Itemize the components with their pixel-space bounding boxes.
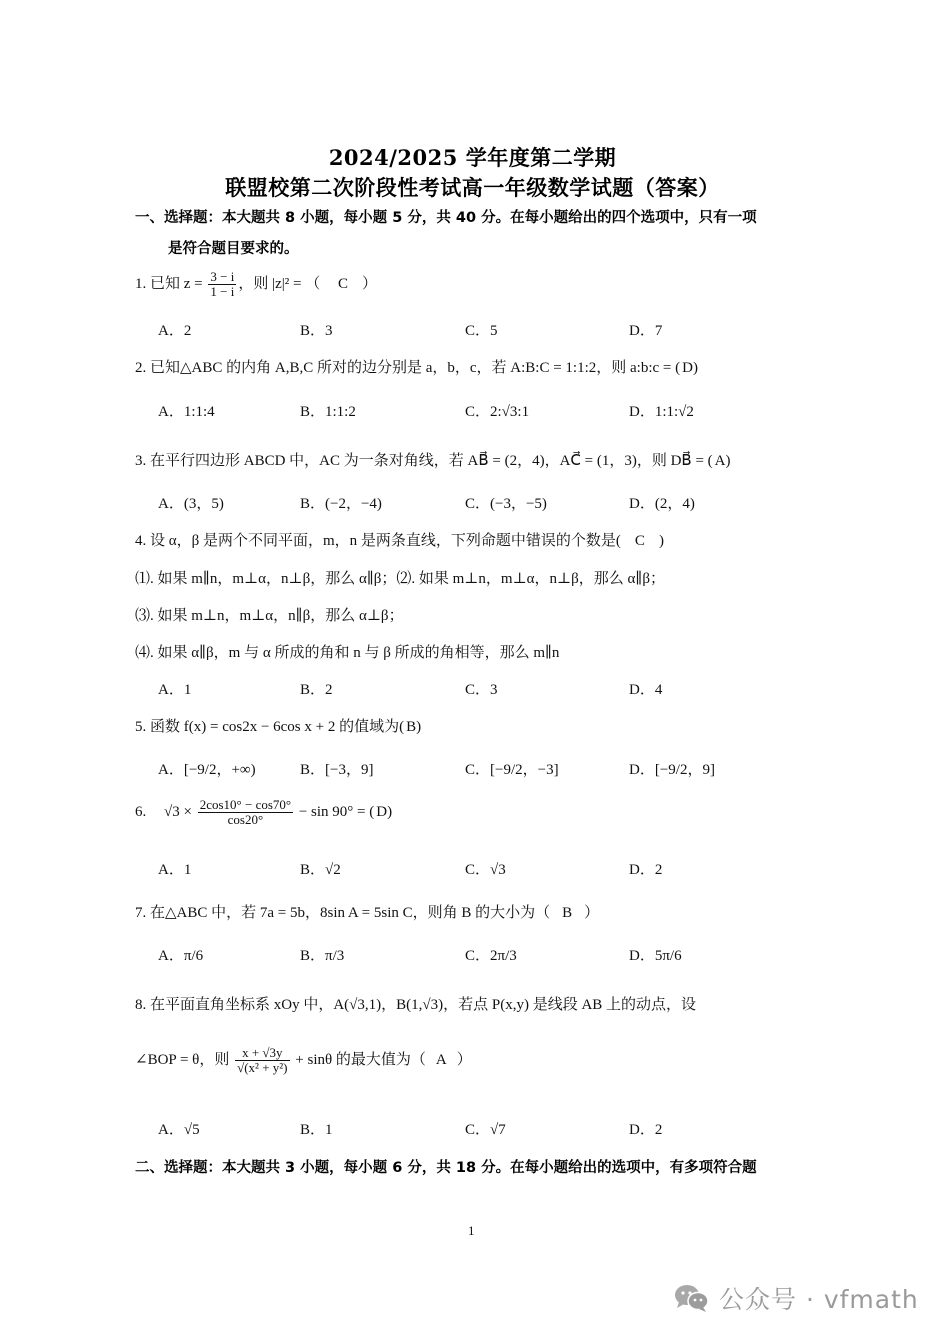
question-stem-suffix: − sin 90° = (: [295, 804, 374, 820]
page-number: 1: [468, 1223, 475, 1239]
option-d: D．5π/6: [629, 944, 682, 965]
question-stem: √3 ×: [164, 804, 196, 820]
option-a: A．1:1:4: [158, 400, 215, 421]
question-stem: 已知△ABC 的内角 A,B,C 所对的边分别是 a，b，c，若 A:B:C =…: [150, 360, 680, 376]
question-number: 1.: [135, 276, 146, 292]
close-paren: ): [416, 719, 421, 735]
close-paren: ): [387, 804, 392, 820]
fraction: 2cos10° − cos70°cos20°: [198, 798, 293, 827]
answer: C: [635, 533, 645, 549]
close-paren: ）: [584, 905, 599, 921]
title-line-2: 联盟校第二次阶段性考试高一年级数学试题（答案）: [0, 172, 945, 202]
question-number: 4.: [135, 533, 146, 549]
answer: D: [682, 360, 693, 376]
option-b: B．(−2，−4): [300, 492, 382, 513]
question-1: 1. 已知 z = 3 − i1 − i，则 |z|² = （ C）: [135, 270, 377, 299]
close-paren: ): [726, 453, 731, 469]
question-7: 7. 在△ABC 中，若 7a = 5b，8sin A = 5sin C，则角 …: [135, 901, 599, 922]
answer: B: [562, 905, 572, 921]
question-stem: 函数 f(x) = cos2x − 6cos x + 2 的值域为(: [150, 719, 404, 735]
watermark-text: 公众号 · vfmath: [719, 1280, 919, 1316]
fraction-numerator: 2cos10° − cos70°: [198, 798, 293, 813]
option-b: B．π/3: [300, 944, 344, 965]
option-c: C．(−3，−5): [465, 492, 547, 513]
option-c: C．√3: [465, 858, 506, 879]
answer: B: [406, 719, 416, 735]
wechat-icon: [673, 1283, 711, 1313]
question-number: 3.: [135, 453, 146, 469]
section-1-heading-line-1: 一、选择题：本大题共 8 小题，每小题 5 分，共 40 分。在每小题给出的四个…: [135, 203, 815, 234]
statement-3: ⑶. 如果 m⊥n，m⊥α，n∥β，那么 α⊥β；: [135, 604, 404, 625]
fraction-numerator: x + √3y: [235, 1046, 289, 1061]
question-6: 6. √3 × 2cos10° − cos70°cos20° − sin 90°…: [135, 798, 392, 827]
section-2-heading: 二、选择题：本大题共 3 小题，每小题 6 分，共 18 分。在每小题给出的选项…: [135, 1153, 815, 1184]
question-5: 5. 函数 f(x) = cos2x − 6cos x + 2 的值域为(B): [135, 715, 421, 736]
option-b: B．1: [300, 1118, 333, 1139]
option-c: C．2:√3:1: [465, 400, 529, 421]
option-d: D．2: [629, 1118, 662, 1139]
section-2-heading-line-1: 二、选择题：本大题共 3 小题，每小题 6 分，共 18 分。在每小题给出的选项…: [135, 1153, 815, 1184]
question-number: 7.: [135, 905, 146, 921]
option-a: A．1: [158, 678, 191, 699]
question-3: 3. 在平行四边形 ABCD 中，AC 为一条对角线，若 AB⃗ = (2，4)…: [135, 449, 731, 470]
question-8: 8. 在平面直角坐标系 xOy 中，A(√3,1)，B(1,√3)，若点 P(x…: [135, 993, 696, 1014]
option-a: A．2: [158, 319, 191, 340]
exam-page: 2024/2025 学年度第二学期 联盟校第二次阶段性考试高一年级数学试题（答案…: [0, 0, 945, 1336]
option-d: D．2: [629, 858, 662, 879]
answer: D: [376, 804, 387, 820]
option-c: C．3: [465, 678, 498, 699]
question-stem: ∠BOP = θ，则: [135, 1052, 233, 1068]
answer: A: [715, 453, 726, 469]
option-d: D．[−9/2，9]: [629, 758, 715, 779]
question-stem-suffix: ，则 |z|² = （: [238, 276, 320, 292]
question-2: 2. 已知△ABC 的内角 A,B,C 所对的边分别是 a，b，c，若 A:B:…: [135, 356, 698, 377]
option-a: A．[−9/2，+∞): [158, 758, 256, 779]
question-4: 4. 设 α，β 是两个不同平面，m，n 是两条直线，下列命题中错误的个数是(C…: [135, 529, 664, 550]
question-stem: 在平行四边形 ABCD 中，AC 为一条对角线，若 AB⃗ = (2，4)，AC…: [150, 453, 713, 469]
option-a: A．(3，5): [158, 492, 224, 513]
section-1-heading-line-2: 是符合题目要求的。: [135, 234, 815, 265]
answer: A: [436, 1052, 447, 1068]
close-paren: ）: [362, 276, 377, 292]
option-d: D．4: [629, 678, 662, 699]
watermark: 公众号 · vfmath: [673, 1280, 919, 1316]
question-number: 8.: [135, 997, 146, 1013]
title-line-1: 2024/2025 学年度第二学期: [0, 142, 945, 172]
option-b: B．[−3，9]: [300, 758, 373, 779]
fraction: 3 − i1 − i: [208, 270, 236, 299]
fraction-denominator: cos20°: [198, 813, 293, 827]
question-stem-suffix: + sinθ 的最大值为（: [292, 1052, 426, 1068]
fraction-denominator: 1 − i: [208, 285, 236, 299]
question-number: 2.: [135, 360, 146, 376]
statement-4: ⑷. 如果 α∥β，m 与 α 所成的角和 n 与 β 所成的角相等，那么 m∥…: [135, 641, 559, 662]
statement-1-2: ⑴. 如果 m∥n，m⊥α，n⊥β，那么 α∥β；⑵. 如果 m⊥n，m⊥α，n…: [135, 567, 665, 588]
option-b: B．2: [300, 678, 333, 699]
section-1-heading: 一、选择题：本大题共 8 小题，每小题 5 分，共 40 分。在每小题给出的四个…: [135, 203, 815, 265]
fraction: x + √3y√(x² + y²): [235, 1046, 289, 1075]
question-number: 5.: [135, 719, 146, 735]
question-stem: 已知 z =: [150, 276, 206, 292]
option-a: A．1: [158, 858, 191, 879]
close-paren: ): [659, 533, 664, 549]
question-8-line-2: ∠BOP = θ，则 x + √3y√(x² + y²) + sinθ 的最大值…: [135, 1046, 472, 1075]
option-b: B．1:1:2: [300, 400, 356, 421]
question-stem: 在平面直角坐标系 xOy 中，A(√3,1)，B(1,√3)，若点 P(x,y)…: [150, 997, 696, 1013]
fraction-numerator: 3 − i: [208, 270, 236, 285]
close-paren: ): [693, 360, 698, 376]
question-number: 6.: [135, 804, 146, 820]
option-b: B．√2: [300, 858, 341, 879]
close-paren: ）: [457, 1052, 472, 1068]
option-b: B．3: [300, 319, 333, 340]
option-c: C．5: [465, 319, 498, 340]
option-a: A．π/6: [158, 944, 203, 965]
option-c: C．[−9/2，−3]: [465, 758, 559, 779]
answer: C: [338, 276, 348, 292]
option-d: D．7: [629, 319, 662, 340]
option-d: D．(2，4): [629, 492, 695, 513]
option-d: D．1:1:√2: [629, 400, 694, 421]
question-stem: 在△ABC 中，若 7a = 5b，8sin A = 5sin C，则角 B 的…: [150, 905, 550, 921]
fraction-denominator: √(x² + y²): [235, 1061, 289, 1075]
question-stem: 设 α，β 是两个不同平面，m，n 是两条直线，下列命题中错误的个数是(: [150, 533, 621, 549]
option-c: C．2π/3: [465, 944, 517, 965]
option-a: A．√5: [158, 1118, 200, 1139]
option-c: C．√7: [465, 1118, 506, 1139]
